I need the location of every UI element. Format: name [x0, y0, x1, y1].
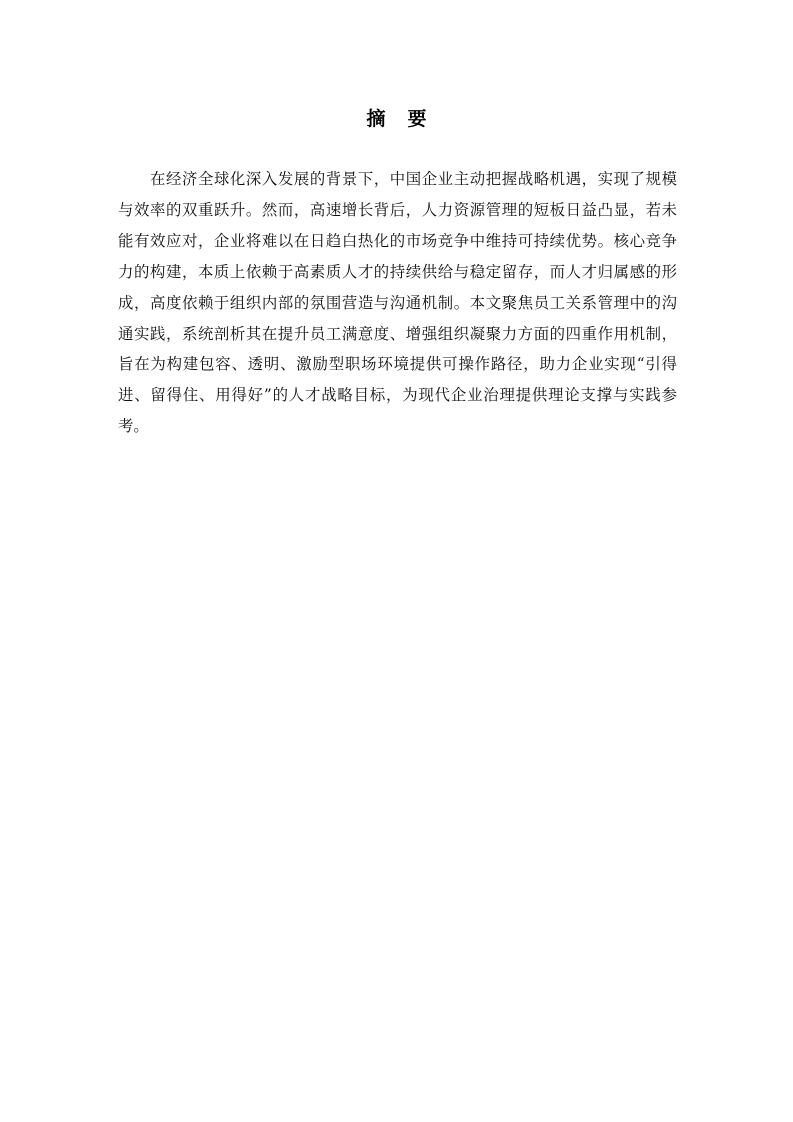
abstract-line: 成，高度依赖于组织内部的氛围营造与沟通机制。本文聚焦员工关系管理中的沟 [118, 288, 677, 319]
abstract-title-char-2: 要 [408, 104, 427, 131]
abstract-line: 通实践，系统剖析其在提升员工满意度、增强组织凝聚力方面的四重作用机制， [118, 319, 677, 350]
abstract-title-char-1: 摘 [366, 104, 385, 131]
abstract-body: 在经济全球化深入发展的背景下，中国企业主动把握战略机遇，实现了规模 与效率的双重… [118, 164, 677, 442]
abstract-line: 与效率的双重跃升。然而，高速增长背后，人力资源管理的短板日益凸显，若未 [118, 195, 677, 226]
abstract-line: 旨在为构建包容、透明、激励型职场环境提供可操作路径，助力企业实现“引得 [118, 349, 677, 380]
abstract-line: 能有效应对，企业将难以在日趋白热化的市场竞争中维持可持续优势。核心竞争 [118, 226, 677, 257]
abstract-line: 考。 [118, 411, 677, 442]
abstract-line: 进、留得住、用得好”的人才战略目标，为现代企业治理提供理论支撑与实践参 [118, 380, 677, 411]
document-page: 摘要 在经济全球化深入发展的背景下，中国企业主动把握战略机遇，实现了规模 与效率… [0, 0, 793, 1122]
abstract-line: 力的构建，本质上依赖于高素质人才的持续供给与稳定留存，而人才归属感的形 [118, 257, 677, 288]
abstract-title: 摘要 [0, 104, 793, 131]
abstract-line: 在经济全球化深入发展的背景下，中国企业主动把握战略机遇，实现了规模 [118, 164, 677, 195]
